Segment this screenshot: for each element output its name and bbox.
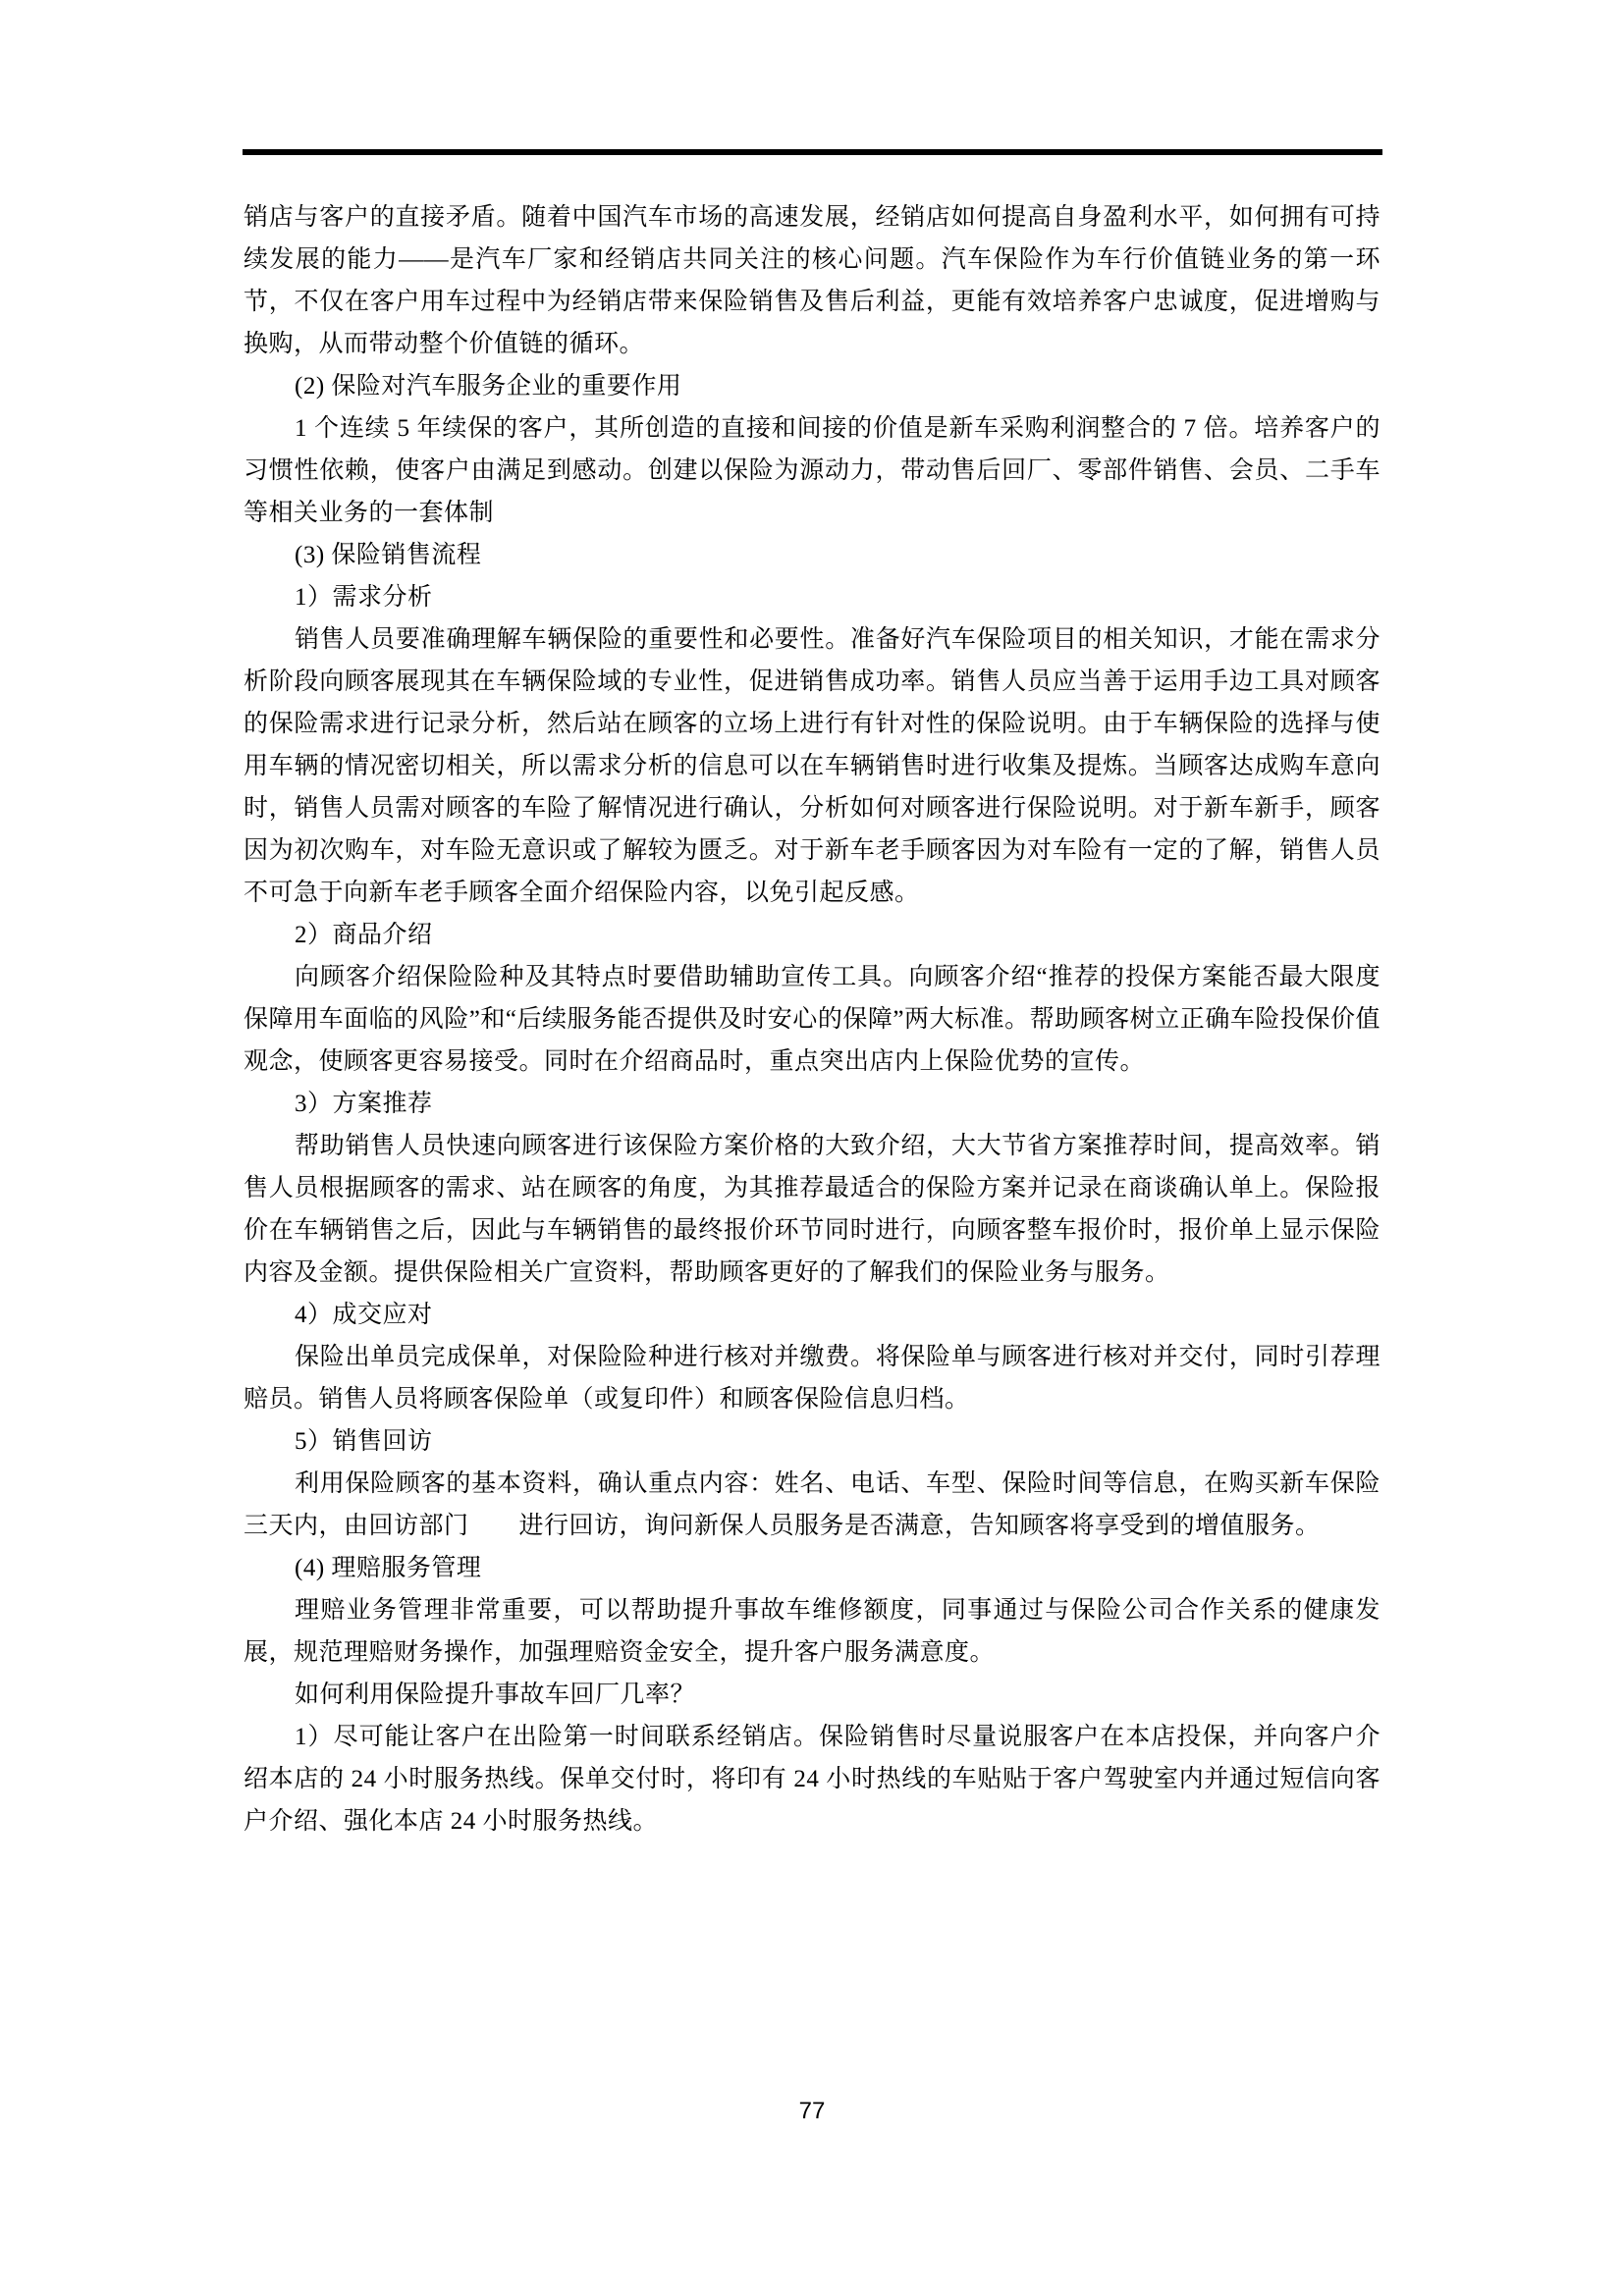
paragraph-intro-continued: 销店与客户的直接矛盾。随着中国汽车市场的高速发展，经销店如何提高自身盈利水平，如… [244, 196, 1380, 365]
heading-deal-closing: 4）成交应对 [244, 1294, 1380, 1336]
heading-plan-recommendation: 3）方案推荐 [244, 1083, 1380, 1125]
paragraph-return-rate-method: 1）尽可能让客户在出险第一时间联系经销店。保险销售时尽量说服客户在本店投保，并向… [244, 1716, 1380, 1842]
heading-sales-process: (3) 保险销售流程 [244, 534, 1380, 576]
header-rule [243, 149, 1382, 155]
paragraph-sales-follow-up: 利用保险顾客的基本资料，确认重点内容：姓名、电话、车型、保险时间等信息，在购买新… [244, 1463, 1380, 1547]
page-footer: 77 [244, 2095, 1380, 2128]
heading-product-introduction: 2）商品介绍 [244, 914, 1380, 956]
heading-insurance-importance: (2) 保险对汽车服务企业的重要作用 [244, 365, 1380, 407]
paragraph-product-introduction: 向顾客介绍保险险种及其特点时要借助辅助宣传工具。向顾客介绍“推荐的投保方案能否最… [244, 956, 1380, 1083]
paragraph-deal-closing: 保险出单员完成保单，对保险险种进行核对并缴费。将保险单与顾客进行核对并交付，同时… [244, 1336, 1380, 1420]
paragraph-needs-analysis: 销售人员要准确理解车辆保险的重要性和必要性。准备好汽车保险项目的相关知识，才能在… [244, 618, 1380, 914]
document-text: 销店与客户的直接矛盾。随着中国汽车市场的高速发展，经销店如何提高自身盈利水平，如… [244, 196, 1380, 1842]
paragraph-claims-service: 理赔业务管理非常重要，可以帮助提升事故车维修额度，同事通过与保险公司合作关系的健… [244, 1589, 1380, 1674]
heading-sales-follow-up: 5）销售回访 [244, 1420, 1380, 1463]
heading-needs-analysis: 1）需求分析 [244, 576, 1380, 618]
paragraph-return-rate-question: 如何利用保险提升事故车回厂几率？ [244, 1674, 1380, 1716]
heading-claims-service: (4) 理赔服务管理 [244, 1547, 1380, 1589]
paragraph-customer-value: 1 个连续 5 年续保的客户，其所创造的直接和间接的价值是新车采购利润整合的 7… [244, 407, 1380, 534]
page-number: 77 [799, 2098, 826, 2124]
paragraph-plan-recommendation: 帮助销售人员快速向顾客进行该保险方案价格的大致介绍，大大节省方案推荐时间，提高效… [244, 1125, 1380, 1294]
document-page: 销店与客户的直接矛盾。随着中国汽车市场的高速发展，经销店如何提高自身盈利水平，如… [0, 0, 1624, 2296]
